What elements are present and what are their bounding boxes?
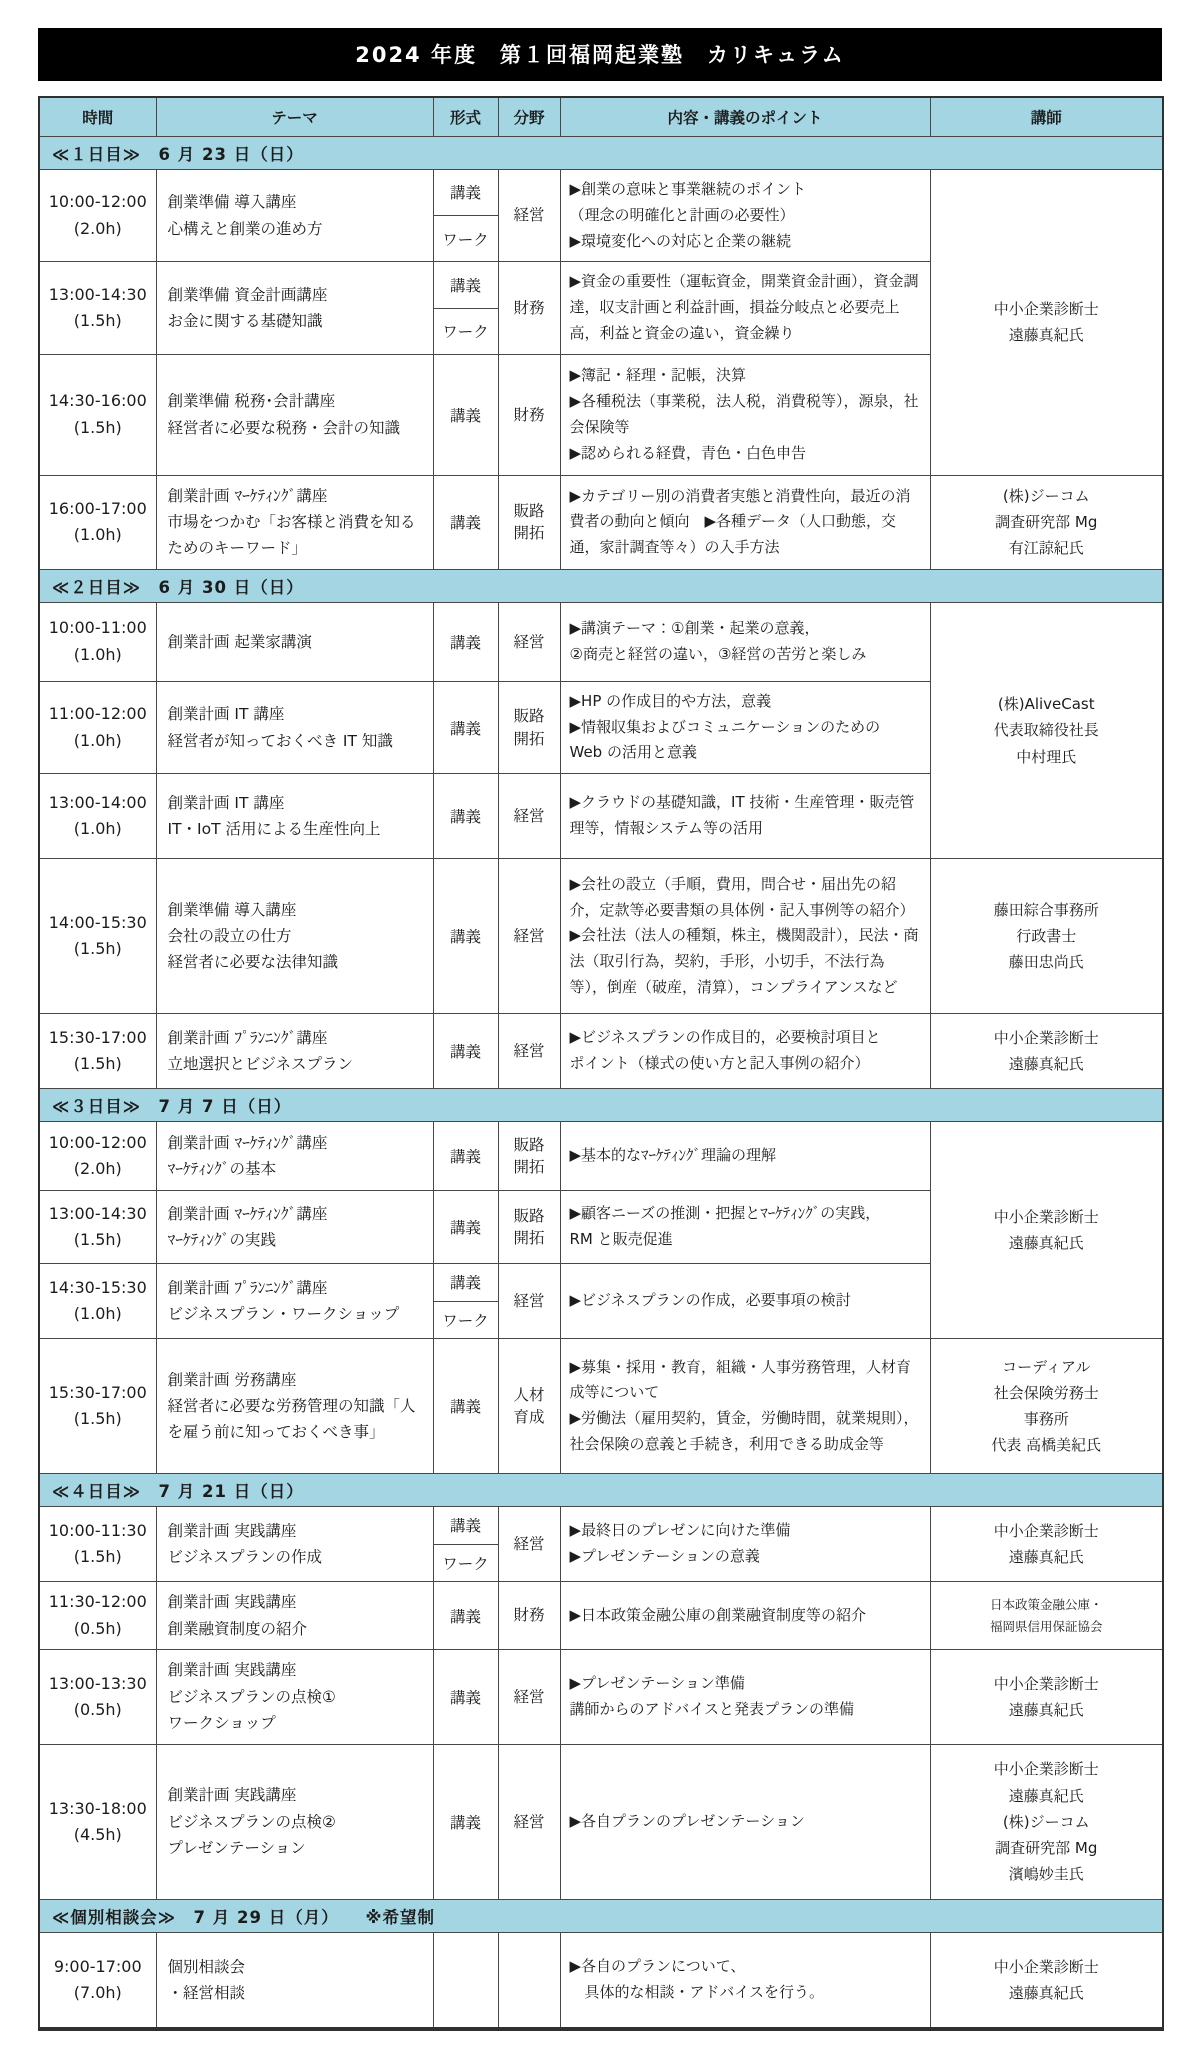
theme-cell: 創業計画 IT 講座 経営者が知っておくべき IT 知識 [156,681,433,773]
theme-cell: 創業計画 ﾏｰｹﾃｨﾝｸﾞ講座 ﾏｰｹﾃｨﾝｸﾞの基本 [156,1122,433,1191]
format-cell: 講義 [433,1122,498,1191]
format-cell: 講義 ワーク [433,1507,498,1582]
table-row: 10:00-12:00 (2.0h) 創業準備 導入講座 心構えと創業の進め方 … [39,170,1163,262]
col-header-theme: テーマ [156,97,433,137]
time-cell: 14:30-15:30 (1.0h) [39,1264,156,1339]
content-cell: ▶顧客ニーズの推測・把握とﾏｰｹﾃｨﾝｸﾞの実践， RM と販売促進 [560,1191,930,1264]
time-cell: 15:30-17:00 (1.5h) [39,1014,156,1089]
curriculum-page: 2024 年度 第１回福岡起業塾 カリキュラム 時間 テーマ 形式 分野 内容・… [0,0,1200,2051]
time-cell: 10:00-11:30 (1.5h) [39,1507,156,1582]
field-cell: 経営 [498,1744,560,1899]
time-cell: 10:00-11:00 (1.0h) [39,602,156,681]
field-cell: 財務 [498,354,560,475]
format-cell: 講義 [433,1744,498,1899]
lecturer-cell: コーディアル 社会保険労務士 事務所 代表 高橋美紀氏 [930,1339,1163,1474]
theme-cell: 創業準備 導入講座 会社の設立の仕方 経営者に必要な法律知識 [156,859,433,1014]
lecturer-cell: 中小企業診断士 遠藤真紀氏 [930,1122,1163,1339]
table-row: 10:00-11:30 (1.5h) 創業計画 実践講座 ビジネスプランの作成 … [39,1507,1163,1582]
theme-cell: 創業計画 ﾏｰｹﾃｨﾝｸﾞ講座 ﾏｰｹﾃｨﾝｸﾞの実践 [156,1191,433,1264]
col-header-lecturer: 講師 [930,97,1163,137]
col-header-format: 形式 [433,97,498,137]
format-cell: 講義 ワーク [433,1264,498,1339]
table-row: 15:30-17:00 (1.5h) 創業計画 ﾌﾟﾗﾝﾆﾝｸﾞ講座 立地選択と… [39,1014,1163,1089]
content-cell: ▶簿記・経理・記帳，決算 ▶各種税法（事業税，法人税，消費税等），源泉，社会保険… [560,354,930,475]
lecturer-cell: (株)ジーコム 調査研究部 Mg 有江諒紀氏 [930,475,1163,569]
table-row: 10:00-12:00 (2.0h) 創業計画 ﾏｰｹﾃｨﾝｸﾞ講座 ﾏｰｹﾃｨ… [39,1122,1163,1191]
theme-cell: 創業計画 実践講座 ビジネスプランの作成 [156,1507,433,1582]
col-header-field: 分野 [498,97,560,137]
format-lecture: 講義 [434,170,498,216]
section-heading-day3: ≪３日目≫ 7 月 7 日（日） [39,1089,1163,1122]
time-cell: 10:00-12:00 (2.0h) [39,1122,156,1191]
table-row: 14:00-15:30 (1.5h) 創業準備 導入講座 会社の設立の仕方 経営… [39,859,1163,1014]
format-cell: 講義 [433,1582,498,1650]
theme-cell: 創業準備 導入講座 心構えと創業の進め方 [156,170,433,262]
time-cell: 9:00-17:00 (7.0h) [39,1932,156,2029]
time-cell: 13:00-14:30 (1.5h) [39,262,156,354]
content-cell: ▶募集・採用・教育，組織・人事労務管理，人材育成等について ▶労働法（雇用契約，… [560,1339,930,1474]
field-cell: 販路 開拓 [498,1191,560,1264]
field-cell: 財務 [498,1582,560,1650]
field-cell: 経営 [498,602,560,681]
format-cell: 講義 ワーク [433,170,498,262]
content-cell: ▶最終日のプレゼンに向けた準備 ▶プレゼンテーションの意義 [560,1507,930,1582]
format-cell: 講義 [433,1649,498,1744]
content-cell: ▶ビジネスプランの作成目的，必要検討項目と ポイント（様式の使い方と記入事例の紹… [560,1014,930,1089]
field-cell: 経営 [498,774,560,859]
section-heading-label: ≪３日目≫ 7 月 7 日（日） [39,1089,1163,1122]
time-cell: 11:30-12:00 (0.5h) [39,1582,156,1650]
format-cell: 講義 [433,602,498,681]
theme-cell: 創業計画 ﾏｰｹﾃｨﾝｸﾞ講座 市場をつかむ「お客様と消費を知るためのキーワード… [156,475,433,569]
field-cell: 販路 開拓 [498,681,560,773]
lecturer-cell: (株)AliveCast 代表取締役社長 中村理氏 [930,602,1163,858]
field-cell: 販路 開拓 [498,1122,560,1191]
section-heading-label: ≪１日目≫ 6 月 23 日（日） [39,137,1163,170]
theme-cell: 創業計画 IT 講座 IT・IoT 活用による生産性向上 [156,774,433,859]
lecturer-cell: 日本政策金融公庫・ 福岡県信用保証協会 [930,1582,1163,1650]
theme-cell: 創業計画 ﾌﾟﾗﾝﾆﾝｸﾞ講座 立地選択とビジネスプラン [156,1014,433,1089]
content-cell: ▶日本政策金融公庫の創業融資制度等の紹介 [560,1582,930,1650]
field-cell: 経営 [498,1507,560,1582]
field-cell: 人材 育成 [498,1339,560,1474]
table-row: 13:00-13:30 (0.5h) 創業計画 実践講座 ビジネスプランの点検①… [39,1649,1163,1744]
field-cell: 経営 [498,1649,560,1744]
field-cell: 販路 開拓 [498,475,560,569]
time-cell: 13:00-14:30 (1.5h) [39,1191,156,1264]
table-row: 15:30-17:00 (1.5h) 創業計画 労務講座 経営者に必要な労務管理… [39,1339,1163,1474]
field-cell-empty [498,1932,560,2029]
content-cell: ▶会社の設立（手順，費用，問合せ・届出先の紹介，定款等必要書類の具体例・記入事例… [560,859,930,1014]
section-heading-day1: ≪１日目≫ 6 月 23 日（日） [39,137,1163,170]
format-work: ワーク [434,215,498,262]
lecturer-cell: 中小企業診断士 遠藤真紀氏 [930,1649,1163,1744]
theme-cell: 創業計画 実践講座 ビジネスプランの点検② プレゼンテーション [156,1744,433,1899]
time-cell: 14:00-15:30 (1.5h) [39,859,156,1014]
section-heading-label: ≪２日目≫ 6 月 30 日（日） [39,569,1163,602]
format-work: ワーク [434,1544,498,1582]
curriculum-table: 時間 テーマ 形式 分野 内容・講義のポイント 講師 ≪１日目≫ 6 月 23 … [38,96,1164,2031]
time-cell: 16:00-17:00 (1.0h) [39,475,156,569]
format-cell-empty [433,1932,498,2029]
theme-cell: 創業計画 起業家講演 [156,602,433,681]
format-lecture: 講義 [434,262,498,308]
theme-cell: 創業準備 税務･会計講座 経営者に必要な税務・会計の知識 [156,354,433,475]
section-heading-label: ≪個別相談会≫ 7 月 29 日（月） ※希望制 [39,1899,1163,1932]
format-cell: 講義 [433,1191,498,1264]
field-cell: 経営 [498,859,560,1014]
content-cell: ▶ビジネスプランの作成，必要事項の検討 [560,1264,930,1339]
content-cell: ▶各自プランのプレゼンテーション [560,1744,930,1899]
theme-cell: 創業計画 実践講座 創業融資制度の紹介 [156,1582,433,1650]
section-heading-label: ≪４日目≫ 7 月 21 日（日） [39,1474,1163,1507]
format-cell: 講義 [433,1014,498,1089]
format-cell: 講義 [433,354,498,475]
content-cell: ▶プレゼンテーション準備 講師からのアドバイスと発表プランの準備 [560,1649,930,1744]
content-cell: ▶クラウドの基礎知識，IT 技術・生産管理・販売管理等，情報システム等の活用 [560,774,930,859]
time-cell: 13:00-14:00 (1.0h) [39,774,156,859]
header-row: 時間 テーマ 形式 分野 内容・講義のポイント 講師 [39,97,1163,137]
format-cell: 講義 [433,1339,498,1474]
time-cell: 15:30-17:00 (1.5h) [39,1339,156,1474]
content-cell: ▶カテゴリー別の消費者実態と消費性向，最近の消費者の動向と傾向 ▶各種データ（人… [560,475,930,569]
lecturer-cell: 中小企業診断士 遠藤真紀氏 [930,1932,1163,2029]
page-title: 2024 年度 第１回福岡起業塾 カリキュラム [38,28,1162,81]
time-cell: 11:00-12:00 (1.0h) [39,681,156,773]
col-header-content: 内容・講義のポイント [560,97,930,137]
lecturer-cell: 中小企業診断士 遠藤真紀氏 [930,170,1163,476]
format-work: ワーク [434,1301,498,1339]
theme-cell: 創業計画 労務講座 経営者に必要な労務管理の知識「人を雇う前に知っておくべき事」 [156,1339,433,1474]
table-row: 10:00-11:00 (1.0h) 創業計画 起業家講演 講義 経営 ▶講演テ… [39,602,1163,681]
time-cell: 13:00-13:30 (0.5h) [39,1649,156,1744]
section-heading-consultation: ≪個別相談会≫ 7 月 29 日（月） ※希望制 [39,1899,1163,1932]
table-row: 13:30-18:00 (4.5h) 創業計画 実践講座 ビジネスプランの点検②… [39,1744,1163,1899]
format-lecture: 講義 [434,1264,498,1301]
lecturer-cell: 中小企業診断士 遠藤真紀氏 (株)ジーコム 調査研究部 Mg 濱嶋妙圭氏 [930,1744,1163,1899]
content-cell: ▶HP の作成目的や方法，意義 ▶情報収集およびコミュニケーションのための We… [560,681,930,773]
theme-cell: 創業準備 資金計画講座 お金に関する基礎知識 [156,262,433,354]
time-cell: 13:30-18:00 (4.5h) [39,1744,156,1899]
field-cell: 経営 [498,170,560,262]
content-cell: ▶講演テーマ：①創業・起業の意義， ②商売と経営の違い，③経営の苦労と楽しみ [560,602,930,681]
content-cell: ▶資金の重要性（運転資金，開業資金計画），資金調達，収支計画と利益計画，損益分岐… [560,262,930,354]
format-cell: 講義 [433,774,498,859]
time-cell: 14:30-16:00 (1.5h) [39,354,156,475]
format-cell: 講義 ワーク [433,262,498,354]
format-cell: 講義 [433,475,498,569]
content-cell: ▶基本的なﾏｰｹﾃｨﾝｸﾞ理論の理解 [560,1122,930,1191]
format-lecture: 講義 [434,1507,498,1544]
table-row: 16:00-17:00 (1.0h) 創業計画 ﾏｰｹﾃｨﾝｸﾞ講座 市場をつか… [39,475,1163,569]
field-cell: 財務 [498,262,560,354]
content-cell: ▶創業の意味と事業継続のポイント （理念の明確化と計画の必要性） ▶環境変化への… [560,170,930,262]
lecturer-cell: 藤田綜合事務所 行政書士 藤田忠尚氏 [930,859,1163,1014]
time-cell: 10:00-12:00 (2.0h) [39,170,156,262]
format-cell: 講義 [433,859,498,1014]
theme-cell: 創業計画 ﾌﾟﾗﾝﾆﾝｸﾞ講座 ビジネスプラン・ワークショップ [156,1264,433,1339]
lecturer-cell: 中小企業診断士 遠藤真紀氏 [930,1507,1163,1582]
theme-cell: 創業計画 実践講座 ビジネスプランの点検① ワークショップ [156,1649,433,1744]
content-cell: ▶各自のプランについて、 具体的な相談・アドバイスを行う。 [560,1932,930,2029]
field-cell: 経営 [498,1014,560,1089]
col-header-time: 時間 [39,97,156,137]
lecturer-cell: 中小企業診断士 遠藤真紀氏 [930,1014,1163,1089]
table-row: 9:00-17:00 (7.0h) 個別相談会 ・経営相談 ▶各自のプランについ… [39,1932,1163,2029]
format-cell: 講義 [433,681,498,773]
theme-cell: 個別相談会 ・経営相談 [156,1932,433,2029]
section-heading-day4: ≪４日目≫ 7 月 21 日（日） [39,1474,1163,1507]
table-row: 11:30-12:00 (0.5h) 創業計画 実践講座 創業融資制度の紹介 講… [39,1582,1163,1650]
section-heading-day2: ≪２日目≫ 6 月 30 日（日） [39,569,1163,602]
field-cell: 経営 [498,1264,560,1339]
format-work: ワーク [434,308,498,355]
